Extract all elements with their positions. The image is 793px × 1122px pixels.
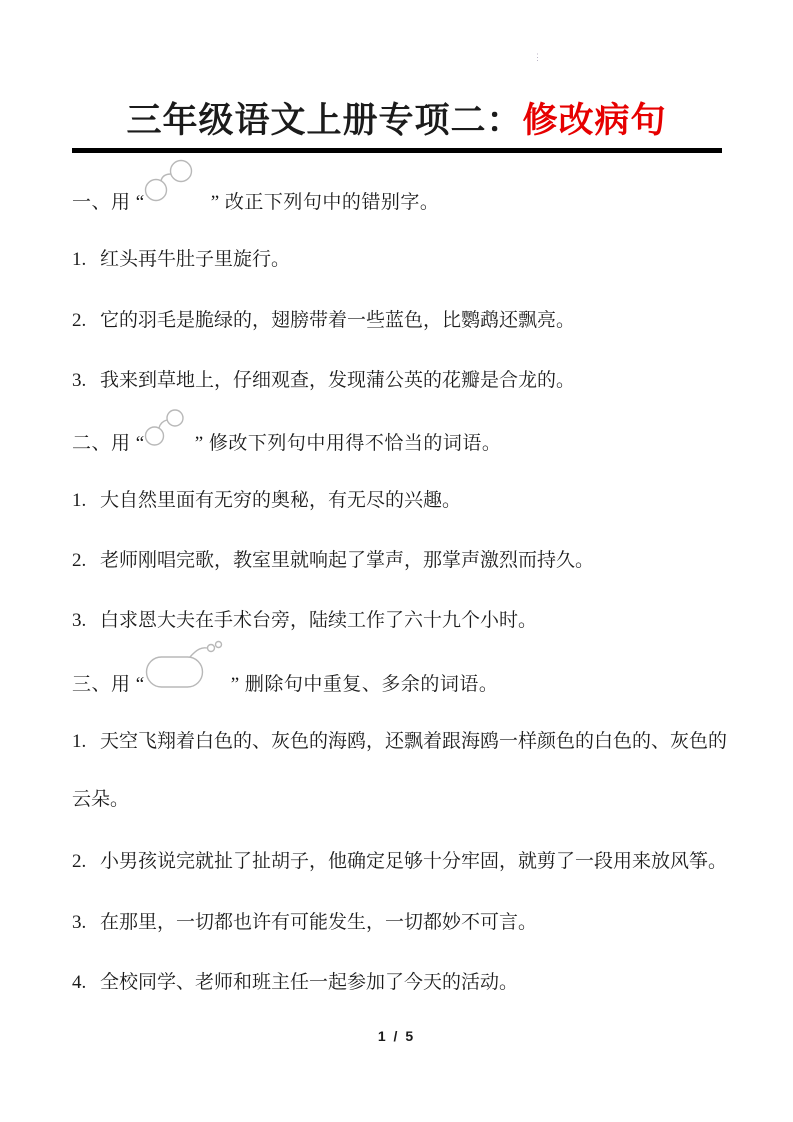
item-number: 3. — [72, 370, 89, 393]
delete-mark-icon — [145, 670, 231, 690]
list-item: 3.我来到草地上，仔细观查，发现蒲公英的花瓣是合龙的。 — [72, 370, 730, 393]
item-text: 天空飞翔着白色的、灰色的海鸥，还飘着跟海鸥一样颜色的白色的、灰色的云朵。 — [72, 731, 727, 810]
list-item: 2.小男孩说完就扯了扯胡子，他确定足够十分牢固，就剪了一段用来放风筝。 — [72, 851, 730, 874]
item-number: 2. — [72, 550, 89, 573]
item-text: 白求恩大夫在手术台旁，陆续工作了六十九个小时。 — [100, 610, 537, 631]
page-title-black: 三年级语文上册专项二： — [126, 101, 522, 140]
page-title: 三年级语文上册专项二：修改病句 — [0, 100, 793, 142]
item-text: 大自然里面有无穷的奥秘，有无尽的兴趣。 — [100, 490, 461, 511]
page-title-red: 修改病句 — [523, 101, 667, 140]
section-3-heading-prefix: 三、用 “ — [72, 674, 145, 695]
page-number: 1 / 5 — [0, 1028, 793, 1044]
item-text: 在那里，一切都也许有可能发生，一切都妙不可言。 — [100, 912, 537, 933]
item-number: 2. — [72, 310, 89, 333]
item-text: 全校同学、老师和班主任一起参加了今天的活动。 — [100, 972, 518, 993]
section-2-heading: 二、用 “” 修改下列句中用得不恰当的词语。 — [72, 429, 730, 456]
item-number: 2. — [72, 851, 89, 874]
list-item: 3.白求恩大夫在手术台旁，陆续工作了六十九个小时。 — [72, 610, 730, 633]
item-number: 1. — [72, 249, 89, 272]
list-item: 2.老师刚唱完歌，教室里就响起了掌声，那掌声激烈而持久。 — [72, 550, 730, 573]
replace-mark-icon — [145, 188, 211, 208]
item-text: 小男孩说完就扯了扯胡子，他确定足够十分牢固，就剪了一段用来放风筝。 — [100, 851, 727, 872]
section-3-heading-suffix: ” 删除句中重复、多余的词语。 — [231, 674, 499, 695]
title-underline — [72, 148, 722, 153]
item-number: 4. — [72, 972, 89, 995]
section-3-heading: 三、用 “” 删除句中重复、多余的词语。 — [72, 670, 730, 697]
item-text: 我来到草地上，仔细观查，发现蒲公英的花瓣是合龙的。 — [100, 370, 575, 391]
item-number: 3. — [72, 912, 89, 935]
list-item: 4.全校同学、老师和班主任一起参加了今天的活动。 — [72, 972, 730, 995]
section-1-heading-suffix: ” 改正下列句中的错别字。 — [211, 192, 440, 213]
section-1-heading: 一、用 “” 改正下列句中的错别字。 — [72, 188, 730, 215]
item-number: 1. — [72, 713, 89, 771]
list-item: 1.天空飞翔着白色的、灰色的海鸥，还飘着跟海鸥一样颜色的白色的、灰色的云朵。 — [72, 713, 730, 829]
section-2-heading-prefix: 二、用 “ — [72, 433, 145, 454]
faint-top-mark: ⋮ — [533, 53, 542, 62]
list-item: 3.在那里，一切都也许有可能发生，一切都妙不可言。 — [72, 912, 730, 935]
item-text: 它的羽毛是脆绿的，翅膀带着一些蓝色，比鹦鹉还飘亮。 — [100, 310, 575, 331]
item-number: 1. — [72, 490, 89, 513]
worksheet-page: ⋮ 三年级语文上册专项二：修改病句 一、用 “” 改正下列句中的错别字。 1.红… — [0, 0, 793, 1122]
list-item: 1.红头再牛肚子里旋行。 — [72, 249, 730, 272]
list-item: 2.它的羽毛是脆绿的，翅膀带着一些蓝色，比鹦鹉还飘亮。 — [72, 310, 730, 333]
replace-mark-icon — [145, 429, 195, 449]
list-item: 1.大自然里面有无穷的奥秘，有无尽的兴趣。 — [72, 490, 730, 513]
section-2-heading-suffix: ” 修改下列句中用得不恰当的词语。 — [195, 433, 502, 454]
section-1-heading-prefix: 一、用 “ — [72, 192, 145, 213]
item-number: 3. — [72, 610, 89, 633]
item-text: 红头再牛肚子里旋行。 — [100, 249, 290, 270]
item-text: 老师刚唱完歌，教室里就响起了掌声，那掌声激烈而持久。 — [100, 550, 594, 571]
